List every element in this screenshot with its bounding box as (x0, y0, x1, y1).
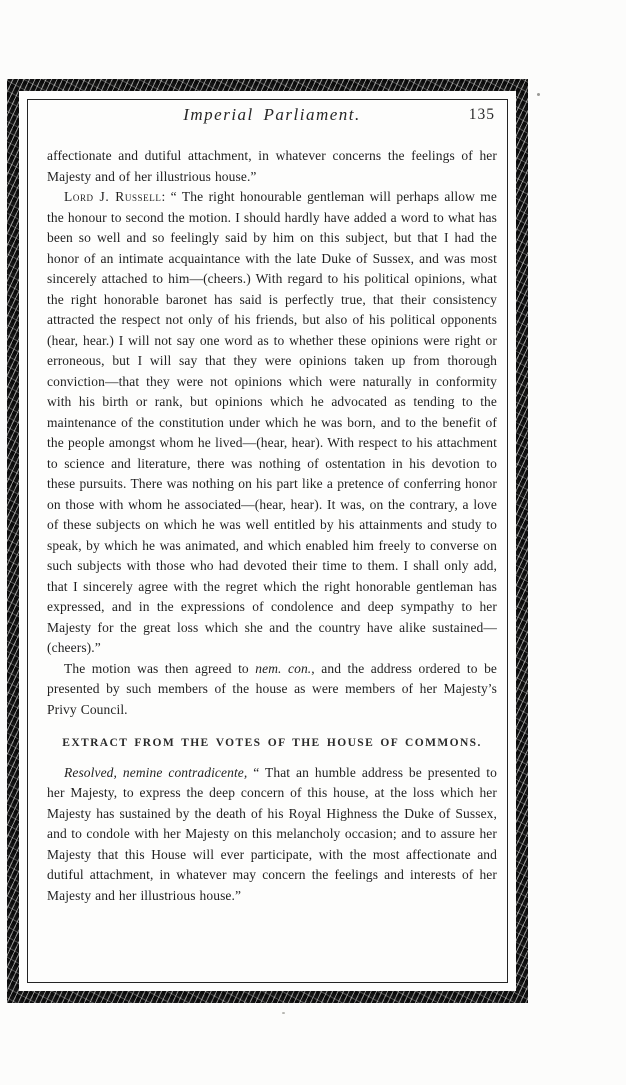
body-text: affectionate and dutiful attachment, in … (47, 146, 497, 906)
paragraph: Resolved, nemine contradicente, “ That a… (47, 763, 497, 907)
inner-rule-frame: Imperial Parliament. 135 affectionate an… (27, 99, 508, 983)
border-gap: Imperial Parliament. 135 affectionate an… (19, 91, 516, 991)
text-segment: Resolved, nemine contradicente, (64, 765, 247, 780)
ink-speck (282, 1012, 285, 1014)
paragraph: The motion was then agreed to nem. con.,… (47, 659, 497, 721)
ink-speck (537, 93, 540, 96)
text-segment: Lord J. Russell (64, 189, 161, 204)
text-segment: affectionate and dutiful attachment, in … (47, 148, 497, 184)
text-segment: nem. con. (255, 661, 311, 676)
paragraph: Lord J. Russell: “ The right honourable … (47, 187, 497, 659)
decorative-border: Imperial Parliament. 135 affectionate an… (7, 79, 528, 1003)
scanned-book-page: { "colors": { "paper": "#fdfdfc", "ink":… (0, 0, 626, 1085)
page-title: Imperial Parliament. (47, 105, 497, 125)
text-segment: “ That an humble address be presented to… (47, 765, 497, 903)
text-segment: : “ The right honourable gentleman will … (47, 189, 497, 655)
paragraph: affectionate and dutiful attachment, in … (47, 146, 497, 187)
page-number: 135 (469, 106, 495, 124)
section-heading: EXTRACT FROM THE VOTES OF THE HOUSE OF C… (47, 733, 497, 754)
text-segment: The motion was then agreed to (64, 661, 255, 676)
text-segment: EXTRACT FROM THE VOTES OF THE HOUSE OF C… (62, 737, 481, 749)
running-header: Imperial Parliament. 135 (47, 105, 497, 131)
